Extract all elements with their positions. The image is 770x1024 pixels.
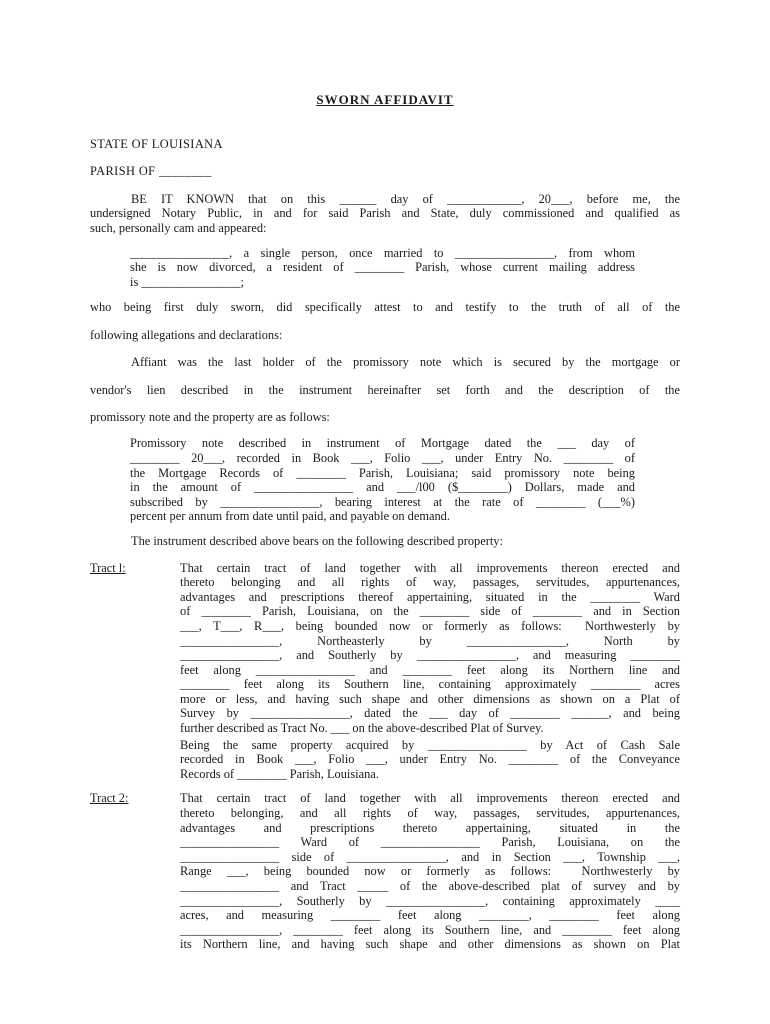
document-title: SWORN AFFIDAVIT (90, 93, 680, 108)
tract-1-label-text: Tract l: (90, 561, 126, 575)
text-line: advantages and prescriptions thereto app… (180, 821, 680, 836)
text-line: Range ___, being bounded now or formerly… (180, 864, 680, 879)
text-line: who being first duly sworn, did specific… (90, 294, 680, 321)
text-line: the Mortgage Records of ________ Parish,… (130, 466, 635, 481)
text-line: thereto belonging and all rights of way,… (180, 575, 680, 590)
intro-paragraph: BE IT KNOWN that on this ______ day of _… (90, 192, 680, 236)
parish-caption: PARISH OF ________ (90, 164, 680, 179)
text-line: advantages and prescriptions thereof app… (180, 590, 680, 605)
text-line: Affiant was the last holder of the promi… (90, 349, 680, 376)
text-line: ________________ and Tract _____ of the … (180, 879, 680, 894)
text-line: undersigned Notary Public, in and for sa… (90, 206, 680, 221)
text-line: thereto belonging, and all rights of way… (180, 806, 680, 821)
text-line: subscribed by ________________, bearing … (130, 495, 635, 510)
text-line: feet along ________________ and ________… (180, 663, 680, 678)
text-line: ________________ side of _______________… (180, 850, 680, 865)
text-line: following allegations and declarations: (90, 322, 680, 349)
text-line: is ________________; (130, 275, 635, 290)
text-line: BE IT KNOWN that on this ______ day of _… (90, 192, 680, 207)
promissory-note-block: Promissory note described in instrument … (130, 436, 635, 524)
text-line: ________________, and Southerly by _____… (180, 648, 680, 663)
text-line: The instrument described above bears on … (90, 534, 680, 549)
text-line: That certain tract of land together with… (180, 791, 680, 806)
text-line: ________________, ________ feet along it… (180, 923, 680, 938)
tract-2-label-text: Tract 2: (90, 791, 128, 805)
text-line: That certain tract of land together with… (180, 561, 680, 576)
tract-2-label: Tract 2: (90, 791, 180, 806)
text-line: Being the same property acquired by ____… (180, 738, 680, 753)
tract-1-label: Tract l: (90, 561, 180, 576)
text-line: more or less, and having such shape and … (180, 692, 680, 707)
text-line: further described as Tract No. ___ on th… (180, 721, 680, 736)
state-caption: STATE OF LOUISIANA (90, 137, 680, 152)
affiant-paragraph: Affiant was the last holder of the promi… (90, 349, 680, 431)
appearer-block: ________________, a single person, once … (130, 246, 635, 290)
text-line: she is now divorced, a resident of _____… (130, 260, 635, 275)
text-line: vendor's lien described in the instrumen… (90, 377, 680, 404)
text-line: ________________, Northeasterly by _____… (180, 634, 680, 649)
text-line: ________________ Ward of _______________… (180, 835, 680, 850)
acquisition-paragraph: Being the same property acquired by ____… (180, 738, 680, 782)
text-line: in the amount of ________________ and __… (130, 480, 635, 495)
text-line: ________________, Southerly by _________… (180, 894, 680, 909)
text-line: Records of ________ Parish, Louisiana. (180, 767, 680, 782)
text-line: ________ feet along its Southern line, c… (180, 677, 680, 692)
affidavit-page: SWORN AFFIDAVIT STATE OF LOUISIANA PARIS… (0, 0, 770, 1024)
text-line: acres, and measuring ________ feet along… (180, 908, 680, 923)
text-line: of ________ Parish, Louisiana, on the __… (180, 604, 680, 619)
tract-1-description: That certain tract of land together with… (180, 561, 680, 736)
instrument-paragraph: The instrument described above bears on … (90, 534, 680, 549)
text-line: such, personally cam and appeared: (90, 221, 680, 236)
text-line: ________ 20___, recorded in Book ___, Fo… (130, 451, 635, 466)
tract-1-section: Tract l: That certain tract of land toge… (90, 561, 680, 736)
text-line: recorded in Book ___, Folio ___, under E… (180, 752, 680, 767)
text-line: ___, T___, R___, being bounded now or fo… (180, 619, 680, 634)
text-line: percent per annum from date until paid, … (130, 509, 635, 524)
text-line: Promissory note described in instrument … (130, 436, 635, 451)
text-line: promissory note and the property are as … (90, 404, 680, 431)
attestation-paragraph: who being first duly sworn, did specific… (90, 294, 680, 349)
text-line: Survey by ________________, dated the __… (180, 706, 680, 721)
tract-2-description: That certain tract of land together with… (180, 791, 680, 952)
text-line: ________________, a single person, once … (130, 246, 635, 261)
tract-2-section: Tract 2: That certain tract of land toge… (90, 791, 680, 952)
text-line: its Northern line, and having such shape… (180, 937, 680, 952)
